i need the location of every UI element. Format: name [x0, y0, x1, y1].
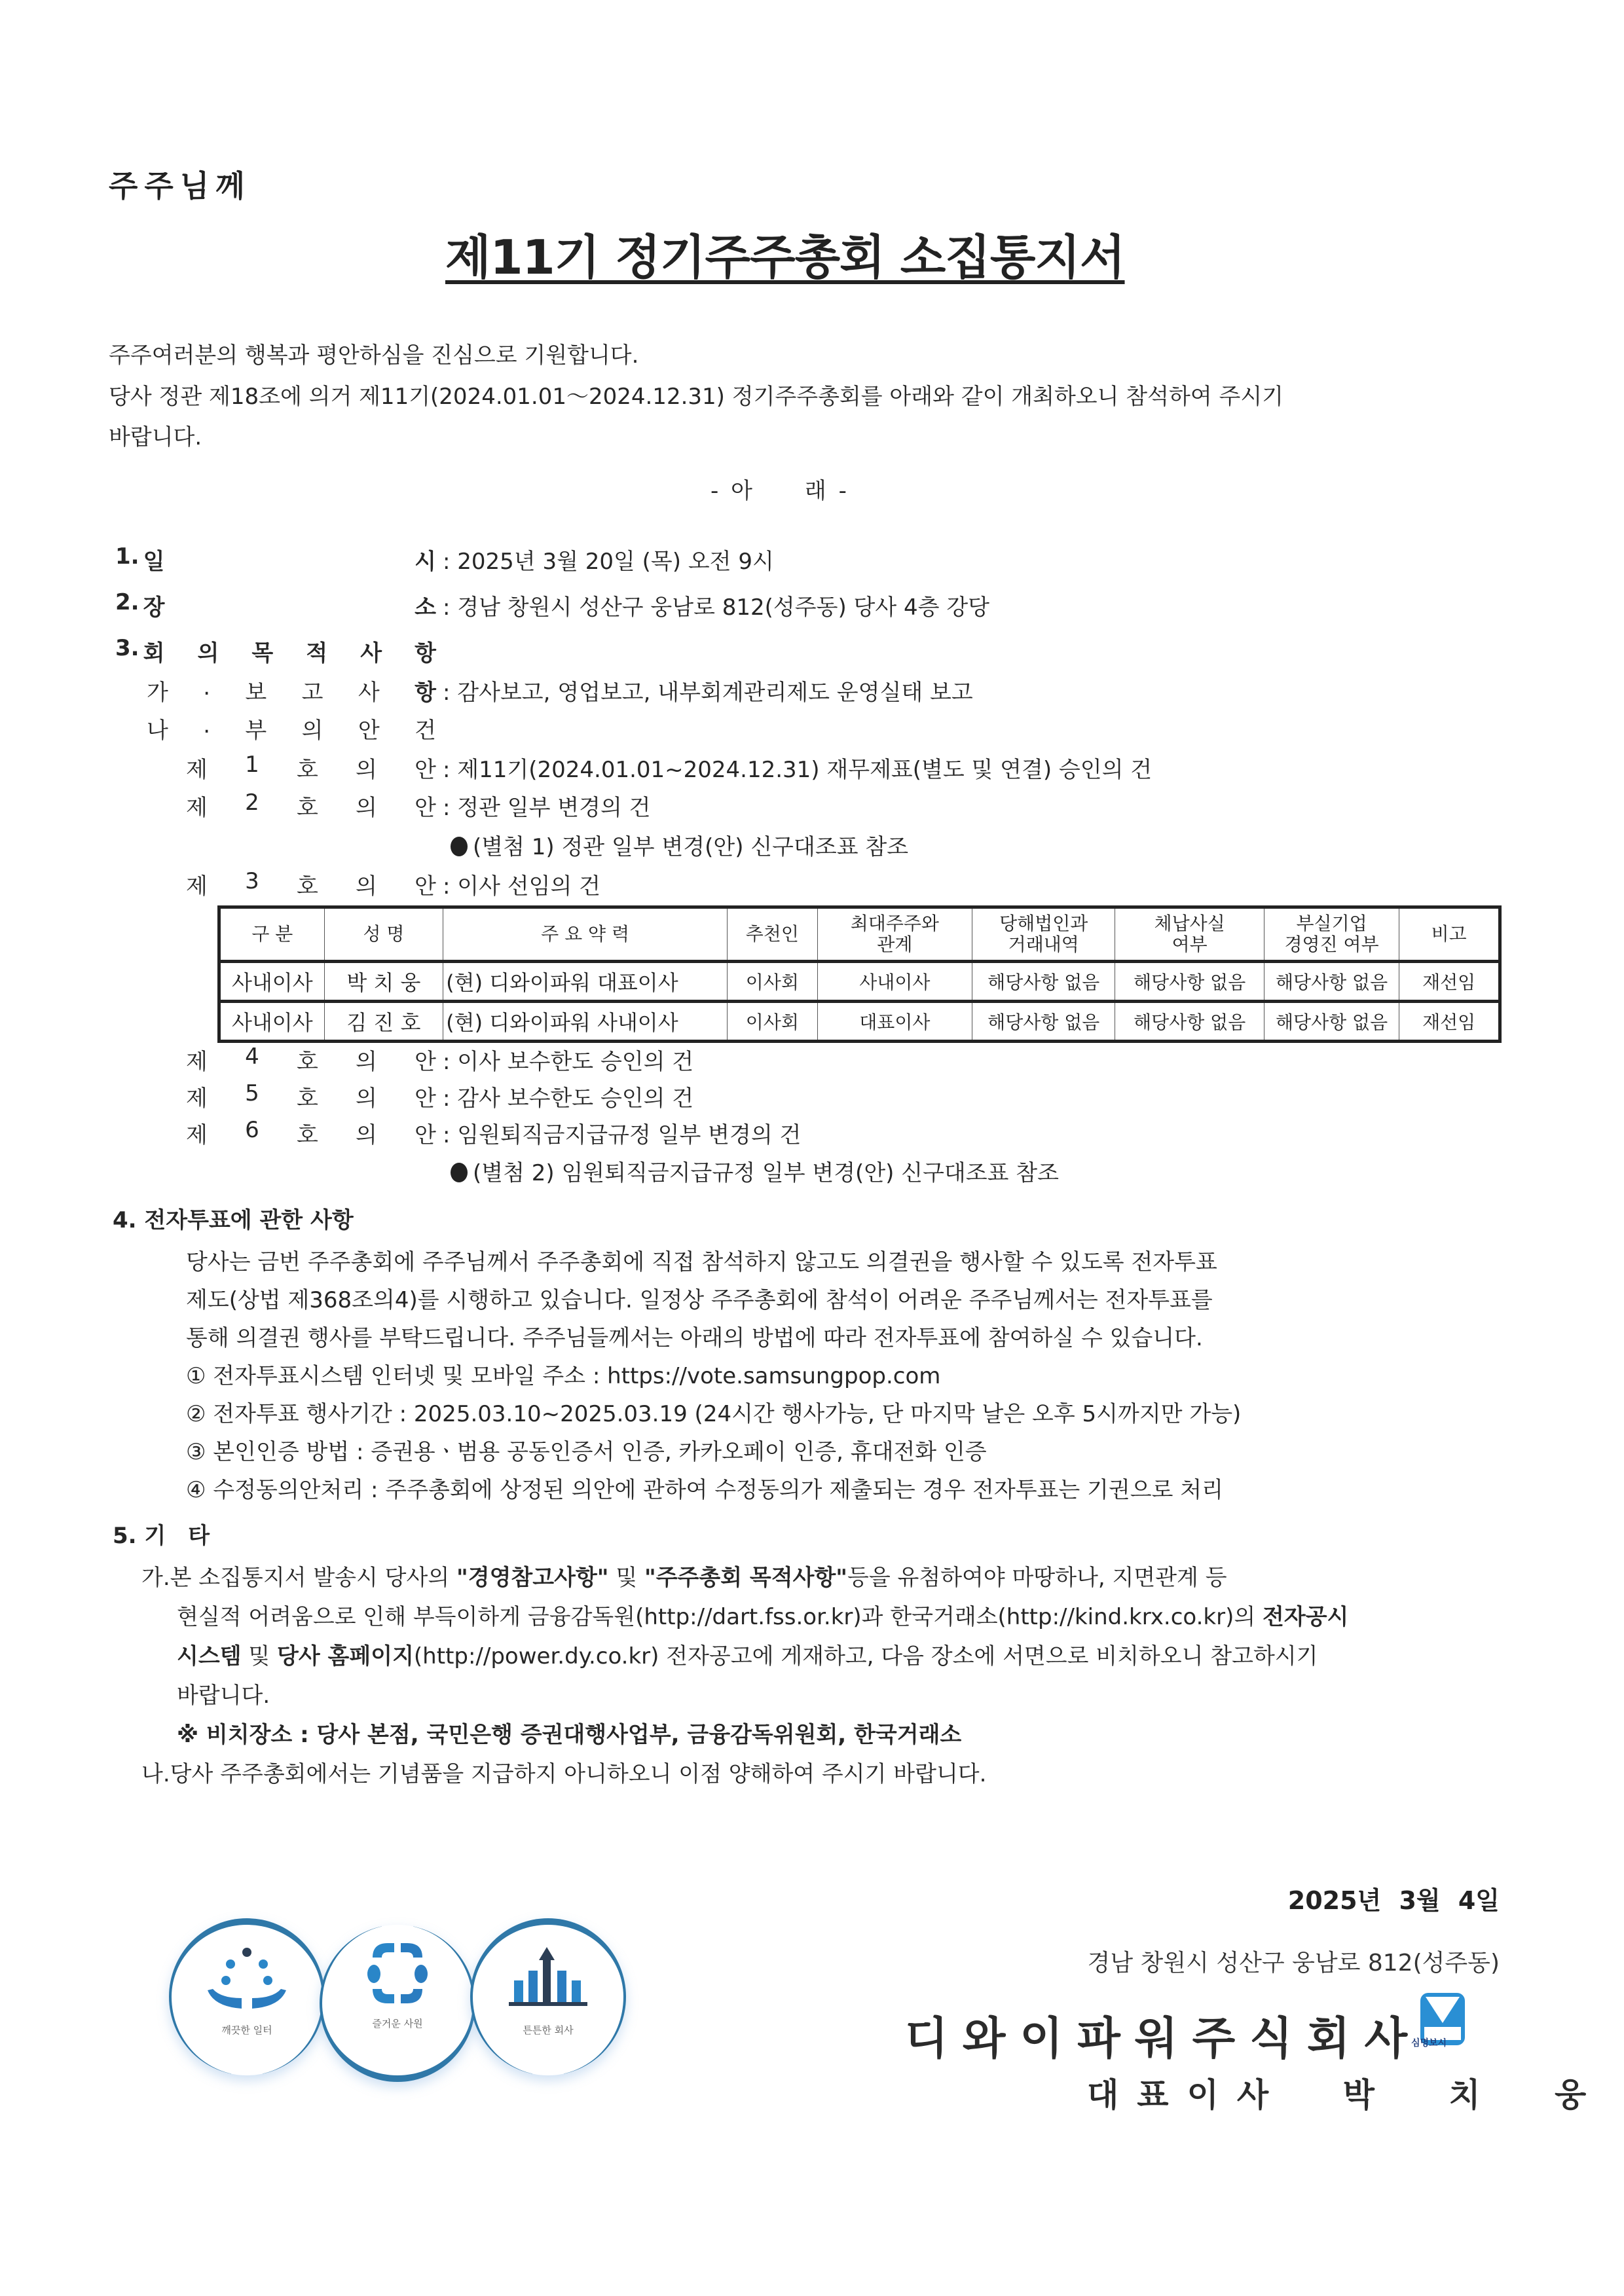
- cell: 해당사항 없음: [1264, 962, 1399, 1002]
- text-bold: "주주총회 목적사항": [644, 1565, 847, 1591]
- table-row: 사내이사 박 치 웅 (현) 디와이파워 대표이사 이사회 사내이사 해당사항 …: [219, 962, 1500, 1002]
- label-char: 부: [245, 712, 267, 744]
- agenda-2-note: (별첨 1) 정관 일부 변경(안) 신구대조표 참조: [451, 829, 908, 861]
- label-char: 제: [186, 1117, 208, 1149]
- intro-line-1: 주주여러분의 행복과 평안하심을 진심으로 기원합니다.: [109, 337, 638, 369]
- label-char: 호: [297, 1044, 318, 1076]
- cell: 사내이사: [817, 962, 972, 1002]
- label-char: 4: [245, 1044, 259, 1076]
- cell: 해당사항 없음: [1115, 1002, 1264, 1042]
- label-char: 안: [415, 1080, 436, 1112]
- label-char: 제: [186, 790, 208, 822]
- cell: 해당사항 없음: [972, 962, 1115, 1002]
- label-char: 항: [415, 674, 436, 706]
- cell: (현) 디와이파워 사내이사: [443, 1002, 728, 1042]
- label-char: 제: [186, 752, 208, 784]
- greeting: 주주님께: [109, 162, 251, 206]
- meeting-datetime: : 2025년 3월 20일 (목) 오전 9시: [443, 543, 774, 575]
- text: 등을 유첨하여야 마땅하나, 지면관계 등: [847, 1565, 1227, 1591]
- label-char: 목: [251, 635, 273, 667]
- text: 및: [609, 1565, 644, 1591]
- report-items-label: 가 . 보 고 사 항: [147, 674, 436, 706]
- label-char: 의: [356, 1044, 377, 1076]
- text-bold: "경영참고사항": [456, 1565, 609, 1591]
- section-2-label: 2. 장 소: [115, 589, 436, 621]
- label-char: 항: [415, 635, 436, 667]
- section-5-heading: 5. 기 타: [113, 1518, 210, 1550]
- agenda-2-value: : 정관 일부 변경의 건: [443, 790, 650, 822]
- section-number: 3.: [115, 635, 139, 667]
- section-1-label: 1. 일 시: [115, 543, 436, 575]
- label-char: 호: [297, 868, 318, 900]
- arae-heading: - 아 래 -: [710, 473, 849, 505]
- agenda-1-label: 제 1 호 의 안: [186, 752, 436, 784]
- section-4-heading: 4. 전자투표에 관한 사항: [113, 1202, 354, 1234]
- label-char: .: [203, 712, 210, 744]
- agenda-6-label: 제 6 호 의 안: [186, 1117, 436, 1149]
- agenda-4-label: 제 4 호 의 안: [186, 1044, 436, 1076]
- agenda-3-label: 제 3 호 의 안: [186, 868, 436, 900]
- cell: 해당사항 없음: [1264, 1002, 1399, 1042]
- cell: 재선임: [1399, 1002, 1500, 1042]
- value-label: 튼튼한 회사: [473, 2023, 623, 2037]
- cell: 박 치 웅: [324, 962, 443, 1002]
- section-number: 1.: [115, 543, 139, 575]
- cell: 사내이사: [219, 962, 325, 1002]
- etc-ga-line-1: 가.본 소집통지서 발송시 당사의 "경영참고사항" 및 "주주총회 목적사항"…: [141, 1559, 1227, 1592]
- header-cell: 구 분: [219, 907, 325, 962]
- value-circle-happy-staff: 즐거운 사원: [320, 1925, 475, 2082]
- section-3-label: 3. 회 의 목 적 사 항: [115, 635, 436, 667]
- header-cell: 최대주주와 관계: [817, 907, 972, 962]
- label-char: 보: [245, 674, 267, 706]
- report-items-value: : 감사보고, 영업보고, 내부회계관리제도 운영실태 보고: [443, 674, 973, 706]
- label-char: 가: [147, 674, 168, 706]
- header-cell: 체납사실 여부: [1115, 907, 1264, 962]
- bullet-icon: [451, 837, 468, 856]
- seal-text: 심명보시: [1411, 2036, 1447, 2049]
- table-header-row: 구 분 성 명 주 요 약 력 추천인 최대주주와 관계 당해법인과 거래내역 …: [219, 907, 1500, 962]
- resolution-items-label: 나 . 부 의 안 건: [147, 712, 436, 744]
- evote-para-line: 통해 의결권 행사를 부탁드립니다. 주주님들께서는 아래의 방법에 따라 전자…: [186, 1320, 1203, 1352]
- page-title: 제11기 정기주주총회 소집통지서: [445, 219, 1125, 287]
- label-char: 호: [297, 790, 318, 822]
- evote-para-line: 제도(상법 제368조의4)를 시행하고 있습니다. 일정상 주주총회에 참석이…: [186, 1282, 1213, 1314]
- text: 가.본 소집통지서 발송시 당사의: [141, 1565, 456, 1591]
- label-char: 2: [245, 790, 259, 822]
- text: 및: [242, 1643, 277, 1669]
- cell: 이사회: [728, 1002, 818, 1042]
- cell: 해당사항 없음: [972, 1002, 1115, 1042]
- agenda-6-value: : 임원퇴직금지급규정 일부 변경의 건: [443, 1117, 801, 1149]
- agenda-1-value: : 제11기(2024.01.01~2024.12.31) 재무제표(별도 및 …: [443, 752, 1152, 784]
- label-char: 의: [356, 790, 377, 822]
- label-char: 의: [302, 712, 323, 744]
- text: (http://power.dy.co.kr) 전자공고에 게재하고, 다음 장…: [414, 1643, 1318, 1669]
- evote-item-amendment: ④ 수정동의안처리 : 주주총회에 상정된 의안에 관하여 수정동의가 제출되는…: [186, 1472, 1223, 1504]
- text-bold: 당사 홈페이지: [277, 1643, 414, 1669]
- header-cell: 성 명: [324, 907, 443, 962]
- label-char: 호: [297, 752, 318, 784]
- label-char: 나: [147, 712, 168, 744]
- cell: 재선임: [1399, 962, 1500, 1002]
- label-char: 시: [415, 543, 436, 575]
- cell: 사내이사: [219, 1002, 325, 1042]
- text: 현실적 어려움으로 인해 부득이하게 금융감독원(http://dart.fss…: [177, 1604, 1263, 1630]
- label-char: 제: [186, 1080, 208, 1112]
- label-char: 호: [297, 1117, 318, 1149]
- note-text: (별첨 2) 임원퇴직금지급규정 일부 변경(안) 신구대조표 참조: [473, 1160, 1059, 1186]
- label-char: 제: [186, 1044, 208, 1076]
- label-char: 의: [197, 635, 219, 667]
- frame-icon: [365, 1938, 430, 2010]
- notice-date: 2025년 3월 4일: [1288, 1880, 1500, 1916]
- intro-line-3: 바랍니다.: [109, 419, 202, 451]
- cell: 대표이사: [817, 1002, 972, 1042]
- label-char: 제: [186, 868, 208, 900]
- label-char: 안: [415, 868, 436, 900]
- agenda-5-label: 제 5 호 의 안: [186, 1080, 436, 1112]
- section-number: 2.: [115, 589, 139, 621]
- label-char: 건: [415, 712, 436, 744]
- label-char: 소: [415, 589, 436, 621]
- header-cell: 부실기업 경영진 여부: [1264, 907, 1399, 962]
- director-candidates-table: 구 분 성 명 주 요 약 력 추천인 최대주주와 관계 당해법인과 거래내역 …: [217, 905, 1502, 1043]
- company-name: 디와이파워주식회사: [905, 2003, 1422, 2067]
- label-char: 안: [415, 752, 436, 784]
- label-char: 안: [415, 790, 436, 822]
- label-char: .: [203, 674, 210, 706]
- agenda-4-value: : 이사 보수한도 승인의 건: [443, 1044, 693, 1076]
- bullet-icon: [451, 1163, 468, 1182]
- label-char: 5: [245, 1080, 259, 1112]
- cell: 해당사항 없음: [1115, 962, 1264, 1002]
- label-char: 적: [306, 635, 327, 667]
- value-circle-clean-workplace: 깨끗한 일터: [169, 1918, 325, 2075]
- label-char: 안: [415, 1044, 436, 1076]
- text-bold: 전자공시: [1263, 1604, 1348, 1630]
- label-char: 호: [297, 1080, 318, 1112]
- header-cell: 당해법인과 거래내역: [972, 907, 1115, 962]
- label-char: 고: [302, 674, 323, 706]
- intro-line-2: 당사 정관 제18조에 의거 제11기(2024.01.01～2024.12.3…: [109, 378, 1283, 410]
- etc-ga-line-2: 현실적 어려움으로 인해 부득이하게 금융감독원(http://dart.fss…: [177, 1599, 1348, 1631]
- label-char: 의: [356, 1080, 377, 1112]
- label-char: 1: [245, 752, 259, 784]
- value-label: 깨끗한 일터: [172, 2023, 322, 2037]
- label-char: 회: [143, 635, 165, 667]
- ceo-signature: 대표이사 박 치 웅: [1087, 2069, 1604, 2116]
- label-char: 6: [245, 1117, 259, 1149]
- value-circle-strong-company: 튼튼한 회사: [470, 1918, 626, 2075]
- value-label: 즐거운 사원: [322, 2016, 473, 2030]
- label-char: 사: [360, 635, 382, 667]
- header-cell: 주 요 약 력: [443, 907, 728, 962]
- label-char: 일: [143, 543, 165, 575]
- agenda-2-label: 제 2 호 의 안: [186, 790, 436, 822]
- agenda-6-note: (별첨 2) 임원퇴직금지급규정 일부 변경(안) 신구대조표 참조: [451, 1155, 1059, 1187]
- hands-icon: [201, 1944, 293, 2016]
- label-char: 의: [356, 752, 377, 784]
- note-text: (별첨 1) 정관 일부 변경(안) 신구대조표 참조: [473, 834, 908, 860]
- etc-ga-line-4: 바랍니다.: [177, 1677, 270, 1709]
- label-char: 장: [143, 589, 165, 621]
- label-char: 안: [415, 1117, 436, 1149]
- header-cell: 추천인: [728, 907, 818, 962]
- evote-item-url: ① 전자투표시스템 인터넷 및 모바일 주소 : https://vote.sa…: [186, 1358, 940, 1390]
- etc-ga-line-3: 시스템 및 당사 홈페이지(http://power.dy.co.kr) 전자공…: [177, 1638, 1318, 1670]
- agenda-5-value: : 감사 보수한도 승인의 건: [443, 1080, 693, 1112]
- label-char: 사: [358, 674, 380, 706]
- cell: 김 진 호: [324, 1002, 443, 1042]
- bar-chart-arrow-icon: [509, 1944, 587, 2010]
- label-char: 안: [358, 712, 380, 744]
- agenda-3-value: : 이사 선임의 건: [443, 868, 600, 900]
- evote-para-line: 당사는 금번 주주총회에 주주님께서 주주총회에 직접 참석하지 않고도 의결권…: [186, 1244, 1217, 1276]
- label-char: 3: [245, 868, 259, 900]
- cell: (현) 디와이파워 대표이사: [443, 962, 728, 1002]
- text-bold: 시스템: [177, 1643, 242, 1669]
- evote-item-period: ② 전자투표 행사기간 : 2025.03.10~2025.03.19 (24시…: [186, 1396, 1241, 1428]
- table-row: 사내이사 김 진 호 (현) 디와이파워 사내이사 이사회 대표이사 해당사항 …: [219, 1002, 1500, 1042]
- display-places: ※ 비치장소 : 당사 본점, 국민은행 증권대행사업부, 금융감독위원회, 한…: [177, 1717, 961, 1749]
- etc-na-line: 나.당사 주주총회에서는 기념품을 지급하지 아니하오니 이점 양해하여 주시기…: [141, 1756, 986, 1788]
- meeting-place: : 경남 창원시 성산구 웅남로 812(성주동) 당사 4층 강당: [443, 589, 989, 621]
- cell: 이사회: [728, 962, 818, 1002]
- label-char: 의: [356, 1117, 377, 1149]
- header-cell: 비고: [1399, 907, 1500, 962]
- label-char: 의: [356, 868, 377, 900]
- company-values-logos: 깨끗한 일터 즐거운 사원 튼튼한 회사: [169, 1899, 640, 2088]
- company-address: 경남 창원시 성산구 웅남로 812(성주동): [1088, 1944, 1500, 1978]
- evote-item-auth: ③ 본인인증 방법 : 증권용ㆍ범용 공동인증서 인증, 카카오페이 인증, 휴…: [186, 1434, 987, 1466]
